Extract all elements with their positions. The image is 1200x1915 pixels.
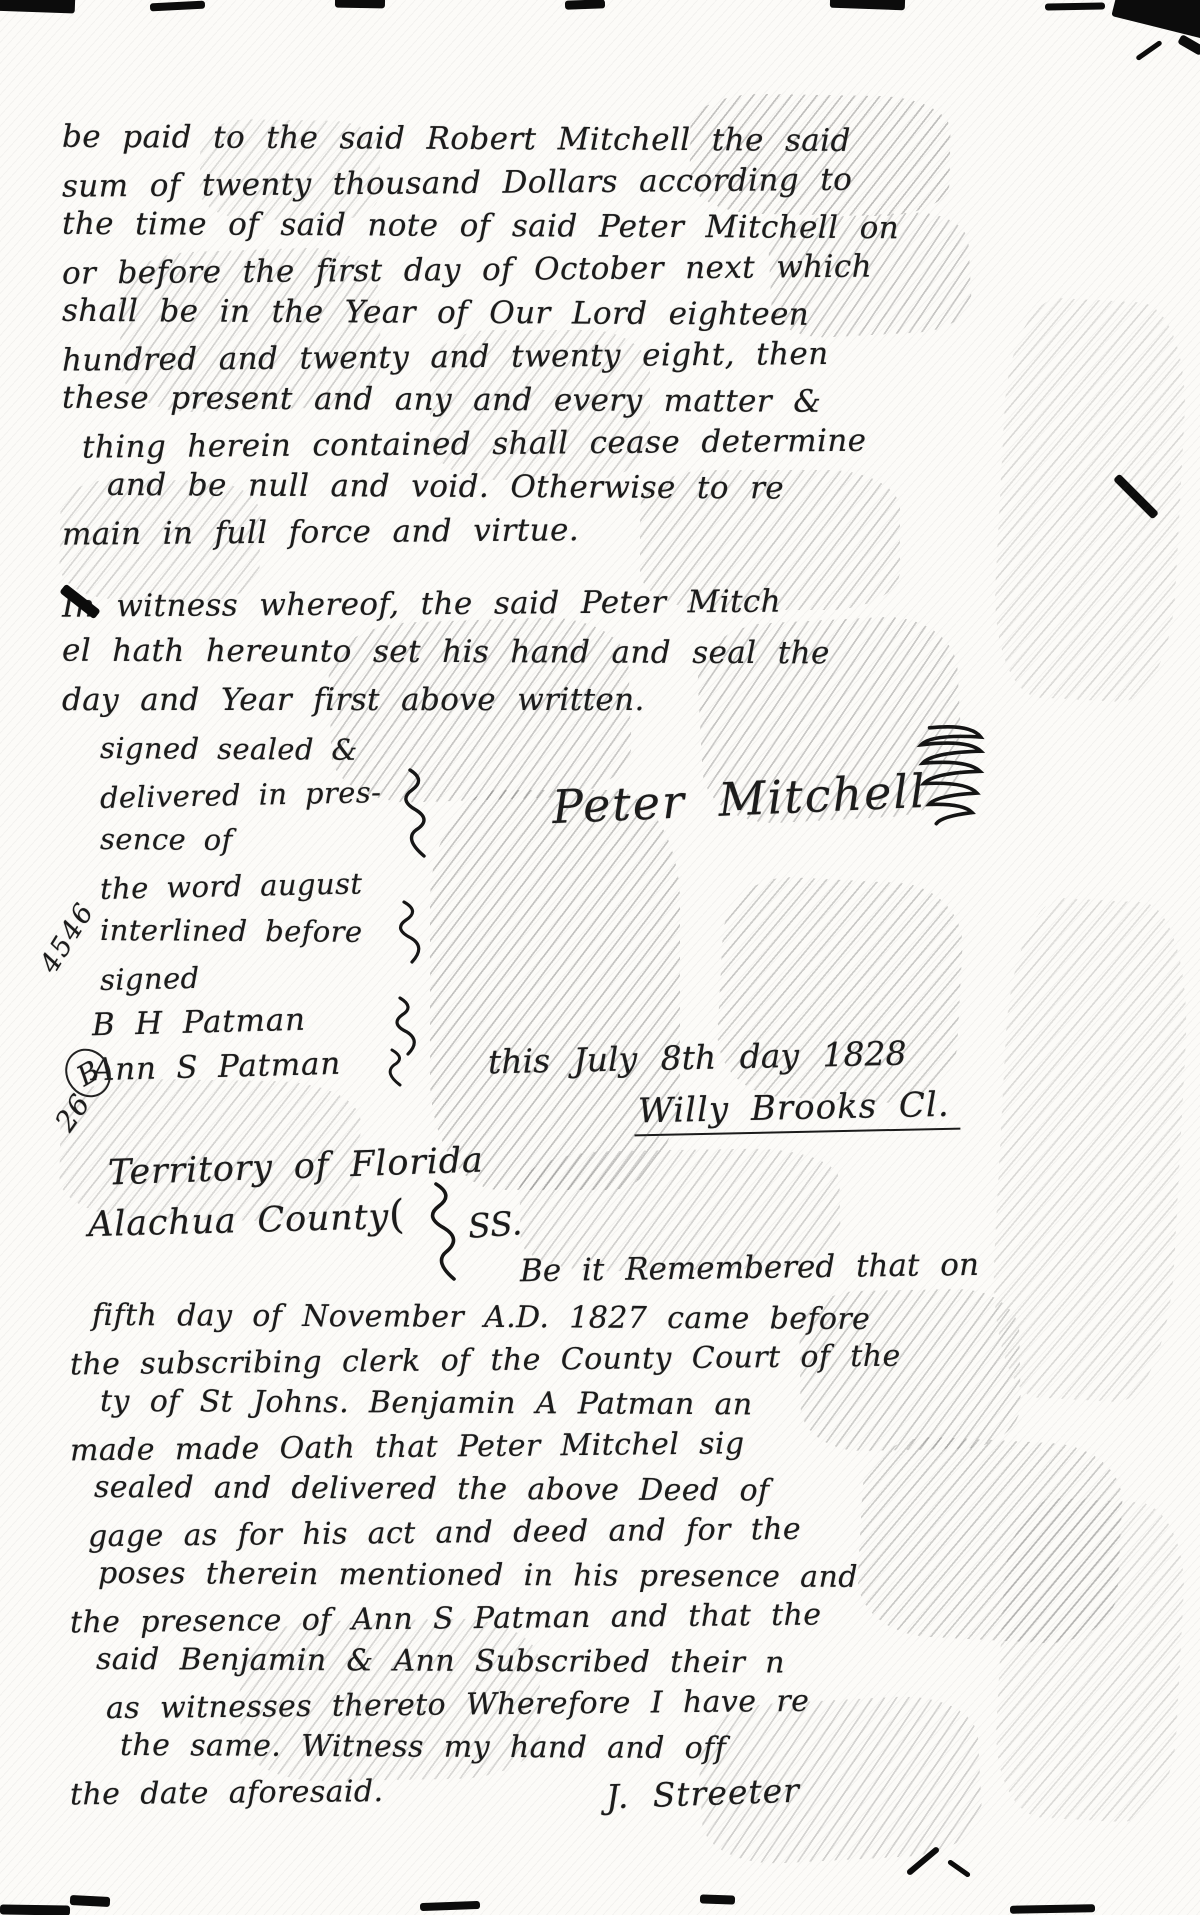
scan-edge-artifact bbox=[1135, 40, 1162, 61]
handwritten-line: the same. Witness my hand and off bbox=[120, 1724, 901, 1771]
seal-scribble bbox=[862, 722, 992, 842]
handwritten-line: the subscribing clerk of the County Cour… bbox=[70, 1335, 901, 1387]
scan-edge-artifact bbox=[1045, 2, 1105, 10]
flourish-paren: ( bbox=[388, 1192, 406, 1238]
scan-edge-artifact bbox=[1113, 474, 1159, 520]
handwritten-line: the presence of Ann S Patman and that th… bbox=[70, 1593, 901, 1645]
scan-edge-artifact bbox=[1010, 1904, 1095, 1913]
brace-squiggle bbox=[396, 768, 432, 860]
attestation-block: signed sealed &delivered in pres-sence o… bbox=[100, 727, 381, 1000]
margin-file-number: 4546 bbox=[34, 897, 101, 978]
handwritten-line: and be null and void. Otherwise to re bbox=[107, 464, 899, 512]
ink-smudge-hatch bbox=[992, 1496, 1189, 1825]
handwritten-line: gage as for his act and deed and for the bbox=[88, 1507, 901, 1559]
witness-signature: Ann S Patman bbox=[91, 1042, 341, 1094]
handwritten-line: said Benjamin & Ann Subscribed their n bbox=[96, 1638, 901, 1685]
handwritten-line: sence of bbox=[100, 817, 382, 864]
scan-edge-artifact bbox=[830, 0, 905, 10]
handwritten-line: as witnesses thereto Wherefore I have re bbox=[106, 1679, 901, 1730]
ink-smudge-hatch bbox=[990, 296, 1191, 705]
venue-county: Alachua County( bbox=[87, 1192, 406, 1246]
handwritten-line: hundred and twenty and twenty eight, the… bbox=[62, 332, 899, 383]
brace-squiggle bbox=[392, 900, 426, 964]
handwritten-line: sealed and delivered the above Deed of bbox=[94, 1466, 901, 1513]
scan-edge-artifact bbox=[0, 0, 75, 13]
county-name-part: Alachua County bbox=[88, 1197, 390, 1245]
ss-label: SS. bbox=[467, 1203, 524, 1246]
scan-edge-artifact bbox=[1177, 34, 1200, 56]
scan-edge-artifact bbox=[1111, 0, 1200, 39]
handwritten-line: sum of twenty thousand Dollars according… bbox=[62, 158, 899, 209]
scan-edge-artifact bbox=[0, 1904, 70, 1915]
scan-edge-artifact bbox=[565, 0, 605, 10]
handwritten-line: thing herein contained shall cease deter… bbox=[82, 419, 899, 470]
handwritten-line: el hath hereunto set his hand and seal t… bbox=[62, 627, 830, 678]
handwritten-line: the time of said note of said Peter Mitc… bbox=[62, 203, 899, 251]
scan-edge-artifact bbox=[947, 1859, 971, 1878]
clerk-date-line: this July 8th day 1828 bbox=[488, 1034, 907, 1082]
handwritten-line: or before the first day of October next … bbox=[62, 245, 899, 296]
handwritten-line: interlined before bbox=[100, 908, 382, 955]
scan-edge-artifact bbox=[335, 0, 385, 8]
scan-edge-artifact bbox=[150, 1, 205, 12]
handwritten-line: In witness whereof, the said Peter Mitch bbox=[62, 577, 830, 630]
handwritten-line: these present and any and every matter & bbox=[62, 377, 899, 425]
handwritten-line: made made Oath that Peter Mitchel sig bbox=[70, 1421, 901, 1473]
scanned-deed-page: be paid to the said Robert Mitchell the … bbox=[0, 0, 1200, 1915]
handwritten-line: day and Year first above written. bbox=[62, 676, 830, 724]
handwritten-line: poses therein mentioned in his presence … bbox=[98, 1552, 901, 1599]
handwritten-line: shall be in the Year of Our Lord eightee… bbox=[62, 290, 899, 338]
handwritten-line: fifth day of November A.D. 1827 came bef… bbox=[92, 1294, 901, 1341]
witness-signatures: B H PatmanAnn S Patman bbox=[92, 1000, 341, 1090]
scan-edge-artifact bbox=[70, 1895, 110, 1907]
handwritten-line: the word august bbox=[100, 861, 382, 912]
venue-brace-squiggle bbox=[420, 1182, 460, 1282]
scan-edge-artifact bbox=[420, 1901, 480, 1911]
handwritten-line: delivered in pres- bbox=[100, 770, 382, 821]
ink-smudge-hatch bbox=[987, 896, 1193, 1405]
officer-signature: J. Streeter bbox=[605, 1771, 800, 1817]
witness-clause: In witness whereof, the said Peter Mitch… bbox=[62, 580, 830, 724]
scan-edge-artifact bbox=[906, 1846, 940, 1876]
handwritten-line: signed sealed & bbox=[100, 726, 382, 773]
handwritten-line: ty of St Johns. Benjamin A Patman an bbox=[100, 1380, 901, 1427]
deed-body-paragraph: be paid to the said Robert Mitchell the … bbox=[62, 118, 899, 553]
handwritten-line: be paid to the said Robert Mitchell the … bbox=[62, 116, 899, 164]
jurat-opening-line: Be it Remembered that on bbox=[520, 1247, 979, 1289]
witness-signature: B H Patman bbox=[91, 997, 341, 1049]
brace-squiggle bbox=[388, 996, 422, 1056]
brace-squiggle bbox=[382, 1048, 412, 1088]
jurat-paragraph: fifth day of November A.D. 1827 came bef… bbox=[70, 1296, 901, 1812]
handwritten-line: main in full force and virtue. bbox=[62, 506, 899, 557]
scan-edge-artifact bbox=[700, 1894, 735, 1904]
handwritten-line: signed bbox=[100, 952, 382, 1003]
clerk-signature: Willy Brooks Cl. bbox=[634, 1085, 961, 1137]
